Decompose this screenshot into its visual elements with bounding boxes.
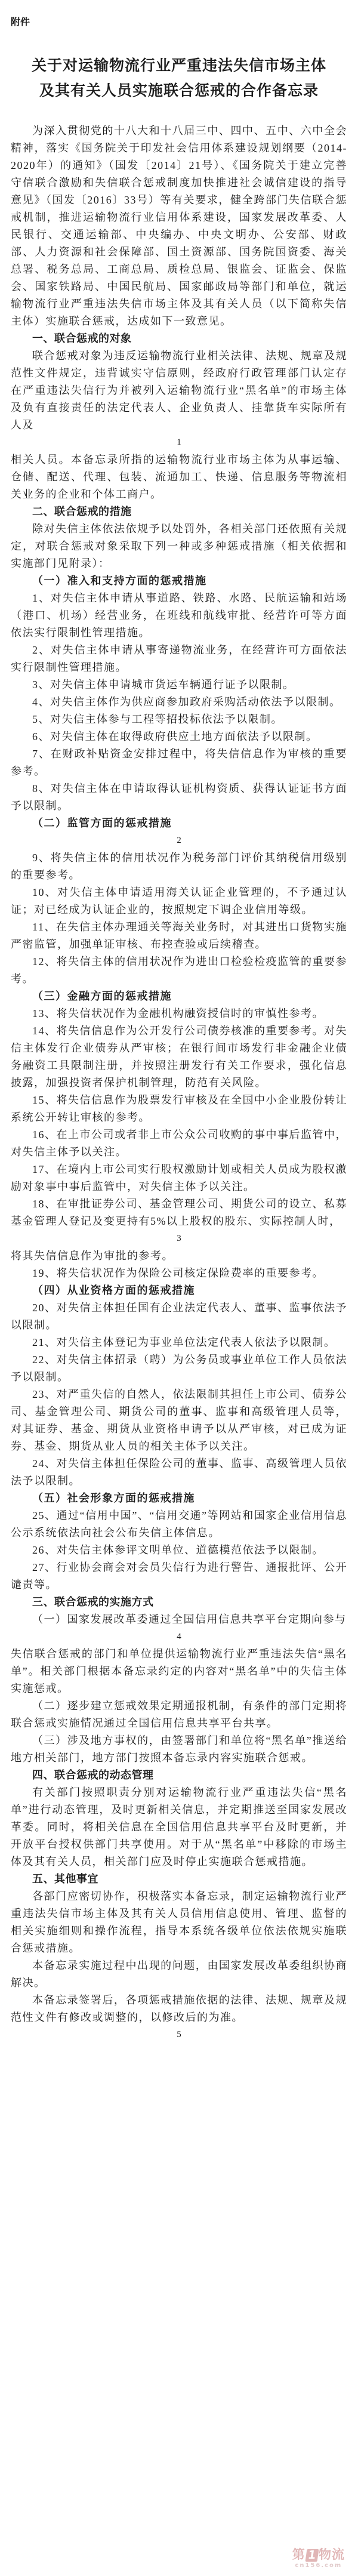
paragraph: 15、将失信信息作为股票发行审核及在全国中小企业股份转让系统公开转让审核的参考。 xyxy=(11,1092,347,1126)
paragraph: 18、在审批证券公司、基金管理公司、期货公司的设立、私募基金管理人登记及变更持有… xyxy=(11,1195,347,1230)
watermark-brand-suffix: 物流 xyxy=(319,2547,345,2562)
subsection-heading: （一）准入和支持方面的惩戒措施 xyxy=(11,572,347,590)
section-heading: 四、联合惩戒的动态管理 xyxy=(11,1767,347,1784)
paragraph: 27、行业协会商会对会员失信行为进行警告、通报批评、公开谴责等。 xyxy=(11,1559,347,1594)
paragraph-continued: 失信联合惩戒的部门和单位提供运输物流行业严重违法失信“黑名单”。相关部门根据本备… xyxy=(11,1646,347,1697)
subsection-heading: （五）社会形象方面的惩戒措施 xyxy=(11,1490,347,1507)
paragraph: 1、对失信主体申请从事道路、铁路、水路、民航运输和站场（港口、机场）经营业务，在… xyxy=(11,590,347,642)
paragraph: 17、在境内上市公司实行股权激励计划或相关人员成为股权激励对象事中事后监管中，对… xyxy=(11,1161,347,1195)
document-page: 附件 关于对运输物流行业严重违法失信市场主体 及其有关人员实施联合惩戒的合作备忘… xyxy=(0,0,358,2576)
watermark-domain-text: cn156.com xyxy=(292,2562,345,2569)
section-heading: 三、联合惩戒的实施方式 xyxy=(11,1594,347,1611)
paragraph: 各部门应密切协作，积极落实本备忘录，制定运输物流行业严重违法失信市场主体及其有关… xyxy=(11,1888,347,1957)
section-heading: 五、其他事宜 xyxy=(11,1871,347,1888)
paragraph: 5、对失信主体参与工程等招投标依法予以限制。 xyxy=(11,711,347,728)
subsection-heading: （三）金融方面的惩戒措施 xyxy=(11,988,347,1005)
paragraph: 7、在财政补贴资金安排过程中，将失信信息作为审核的重要参考。 xyxy=(11,745,347,780)
paragraph: 23、对严重失信的自然人，依法限制其担任上市公司、债券公司、基金管理公司、期货公… xyxy=(11,1386,347,1455)
page-number: 4 xyxy=(11,1628,347,1646)
paragraph: 本备忘录实施过程中出现的问题，由国家发展改革委组织协商解决。 xyxy=(11,1957,347,1992)
watermark-logo: 第1物流 cn156.com xyxy=(292,2548,345,2569)
paragraph: 为深入贯彻党的十八大和十八届三中、四中、五中、六中全会精神，落实《国务院关于印发… xyxy=(11,122,347,330)
paragraph: 8、对失信主体在申请取得认证机构资质、获得认证证书方面予以限制。 xyxy=(11,780,347,815)
document-title-line2: 及其有关人员实施联合惩戒的合作备忘录 xyxy=(0,78,358,103)
paragraph: 3、对失信主体申请城市货运车辆通行证予以限制。 xyxy=(11,676,347,694)
paragraph: 4、对失信主体作为供应商参加政府采购活动依法予以限制。 xyxy=(11,694,347,711)
paragraph-continued: 将其失信信息作为审批的参考。 xyxy=(11,1247,347,1265)
watermark-brand-text: 第1物流 xyxy=(292,2548,345,2562)
paragraph: 本备忘录签署后，各项惩戒措施依据的法律、法规、规章及规范性文件有修改或调整的，以… xyxy=(11,1992,347,2026)
watermark-one-badge: 1 xyxy=(305,2549,319,2562)
paragraph: 有关部门按照职责分别对运输物流行业严重违法失信“黑名单”进行动态管理，及时更新相… xyxy=(11,1784,347,1871)
paragraph: 除对失信主体依法依规予以处罚外，各相关部门还依照有关规定，对联合惩戒对象采取下列… xyxy=(11,520,347,572)
paragraph: 25、通过“信用中国”、“信用交通”等网站和国家企业信用信息公示系统依法向社会公… xyxy=(11,1507,347,1542)
paragraph: 12、将失信主体的信用状况作为进出口检验检疫监管的重要参考。 xyxy=(11,953,347,988)
paragraph: 联合惩戒对象为违反运输物流行业相关法律、法规、规章及规范性文件规定，违背诚实守信… xyxy=(11,347,347,434)
paragraph: （二）逐步建立惩戒效果定期通报机制，有条件的部门定期将联合惩戒实施情况通过全国信… xyxy=(11,1697,347,1732)
paragraph: 19、将失信状况作为保险公司核定保险费率的重要参考。 xyxy=(11,1265,347,1282)
document-body: 为深入贯彻党的十八大和十八届三中、四中、五中、六中全会精神，落实《国务院关于印发… xyxy=(0,103,358,2044)
section-heading: 二、联合惩戒的措施 xyxy=(11,503,347,520)
attachment-label: 附件 xyxy=(0,0,358,28)
subsection-heading: （四）从业资格方面的惩戒措施 xyxy=(11,1282,347,1299)
paragraph: 10、对失信主体申请适用海关认证企业管理的，不予通过认证；对已经成为认证企业的，… xyxy=(11,884,347,919)
paragraph: 6、对失信主体在取得政府供应土地方面依法予以限制。 xyxy=(11,728,347,745)
page-number: 1 xyxy=(11,434,347,451)
section-heading: 一、联合惩戒的对象 xyxy=(11,330,347,347)
paragraph: 26、对失信主体参评文明单位、道德模范依法予以限制。 xyxy=(11,1542,347,1559)
paragraph-continued: 相关人员。本备忘录所指的运输物流行业市场主体为从事运输、仓储、配送、代理、包装、… xyxy=(11,451,347,503)
paragraph: （一）国家发展改革委通过全国信用信息共享平台定期向参与 xyxy=(11,1611,347,1628)
paragraph: 20、对失信主体担任国有企业法定代表人、董事、监事依法予以限制。 xyxy=(11,1299,347,1334)
paragraph: 16、在上市公司或者非上市公众公司收购的事中事后监管中，对失信主体予以关注。 xyxy=(11,1126,347,1161)
page-number: 3 xyxy=(11,1230,347,1247)
paragraph: 11、在失信主体办理通关等海关业务时，对其进出口货物实施严密监管，加强单证审核、… xyxy=(11,919,347,953)
document-title-line1: 关于对运输物流行业严重违法失信市场主体 xyxy=(0,53,358,78)
document-title: 关于对运输物流行业严重违法失信市场主体 及其有关人员实施联合惩戒的合作备忘录 xyxy=(0,53,358,103)
paragraph: 14、将失信信息作为公开发行公司债券核准的重要参考。对失信主体发行企业债券从严审… xyxy=(11,1022,347,1092)
paragraph: 22、对失信主体招录（聘）为公务员或事业单位工作人员依法予以限制。 xyxy=(11,1351,347,1386)
page-number: 2 xyxy=(11,832,347,849)
paragraph: 21、对失信主体登记为事业单位法定代表人依法予以限制。 xyxy=(11,1334,347,1351)
watermark-brand-prefix: 第 xyxy=(292,2547,305,2562)
paragraph: （三）涉及地方事权的，由签署部门和单位将“黑名单”推送给地方相关部门，地方部门按… xyxy=(11,1732,347,1767)
paragraph: 13、将失信状况作为金融机构融资授信时的审慎性参考。 xyxy=(11,1005,347,1022)
subsection-heading: （二）监管方面的惩戒措施 xyxy=(11,815,347,832)
paragraph: 2、对失信主体申请从事寄递物流业务，在经营许可方面依法实行限制性管理措施。 xyxy=(11,642,347,676)
page-number: 5 xyxy=(11,2026,347,2044)
paragraph: 9、将失信主体的信用状况作为税务部门评价其纳税信用级别的重要参考。 xyxy=(11,849,347,884)
paragraph: 24、对失信主体担任保险公司的董事、监事、高级管理人员依法予以限制。 xyxy=(11,1455,347,1490)
